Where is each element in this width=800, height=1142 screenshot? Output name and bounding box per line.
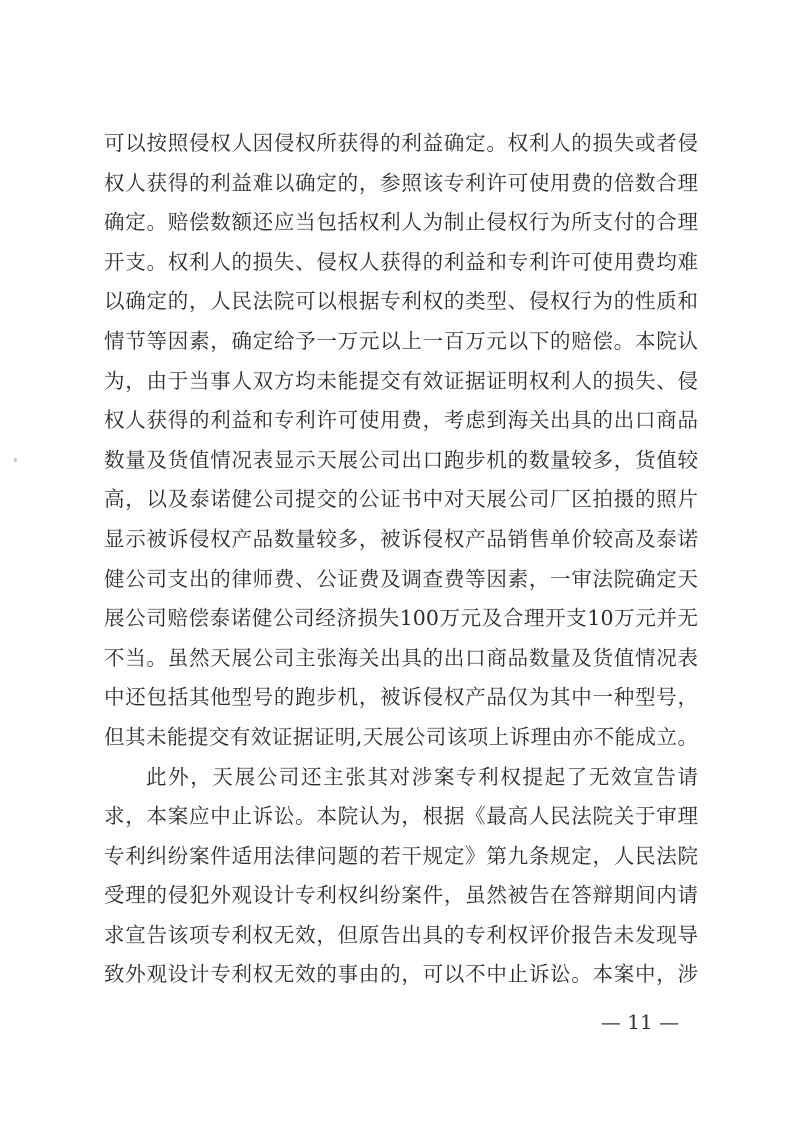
- body-text: 可以按照侵权人因侵权所获得的利益确定。权利人的损失或者侵 权人获得的利益难以确定…: [104, 124, 698, 995]
- text-line: 高，以及泰诺健公司提交的公证书中对天展公司厂区拍摄的照片: [104, 480, 698, 520]
- text-line: 求宣告该项专利权无效，但原告出具的专利权评价报告未发现导: [104, 916, 698, 956]
- text-line: 此外，天展公司还主张其对涉案专利权提起了无效宣告请: [104, 758, 698, 798]
- text-line: 可以按照侵权人因侵权所获得的利益确定。权利人的损失或者侵: [104, 124, 698, 164]
- text-line: 确定。赔偿数额还应当包括权利人为制止侵权行为所支付的合理: [104, 203, 698, 243]
- text-line: 健公司支出的律师费、公证费及调查费等因素，一审法院确定天: [104, 560, 698, 600]
- text-line: 开支。权利人的损失、侵权人获得的利益和专利许可使用费均难: [104, 243, 698, 283]
- scan-speck: [14, 458, 17, 462]
- document-page: 可以按照侵权人因侵权所获得的利益确定。权利人的损失或者侵 权人获得的利益难以确定…: [0, 0, 800, 1142]
- text-line: 显示被诉侵权产品数量较多，被诉侵权产品销售单价较高及泰诺: [104, 520, 698, 560]
- text-line: 权人获得的利益难以确定的，参照该专利许可使用费的倍数合理: [104, 164, 698, 204]
- text-line: 以确定的，人民法院可以根据专利权的类型、侵权行为的性质和: [104, 282, 698, 322]
- text-line: 专利纠纷案件适用法律问题的若干规定》第九条规定，人民法院: [104, 837, 698, 877]
- text-line: 致外观设计专利权无效的事由的，可以不中止诉讼。本案中，涉: [104, 955, 698, 995]
- text-line: 求，本案应中止诉讼。本院认为，根据《最高人民法院关于审理: [104, 797, 698, 837]
- text-line: 权人获得的利益和专利许可使用费，考虑到海关出具的出口商品: [104, 401, 698, 441]
- text-line: 不当。虽然天展公司主张海关出具的出口商品数量及货值情况表: [104, 639, 698, 679]
- text-line: 中还包括其他型号的跑步机，被诉侵权产品仅为其中一种型号，: [104, 678, 698, 718]
- text-line: 受理的侵犯外观设计专利权纠纷案件，虽然被告在答辩期间内请: [104, 876, 698, 916]
- text-line: 数量及货值情况表显示天展公司出口跑步机的数量较多，货值较: [104, 441, 698, 481]
- paragraph-2: 此外，天展公司还主张其对涉案专利权提起了无效宣告请 求，本案应中止诉讼。本院认为…: [104, 758, 698, 996]
- page-number: — 11 —: [600, 1010, 680, 1034]
- text-line: 但其未能提交有效证据证明,天展公司该项上诉理由亦不能成立。: [104, 718, 698, 758]
- text-line: 展公司赔偿泰诺健公司经济损失100万元及合理开支10万元并无: [104, 599, 698, 639]
- text-line: 为，由于当事人双方均未能提交有效证据证明权利人的损失、侵: [104, 362, 698, 402]
- text-line: 情节等因素，确定给予一万元以上一百万元以下的赔偿。本院认: [104, 322, 698, 362]
- paragraph-1: 可以按照侵权人因侵权所获得的利益确定。权利人的损失或者侵 权人获得的利益难以确定…: [104, 124, 698, 758]
